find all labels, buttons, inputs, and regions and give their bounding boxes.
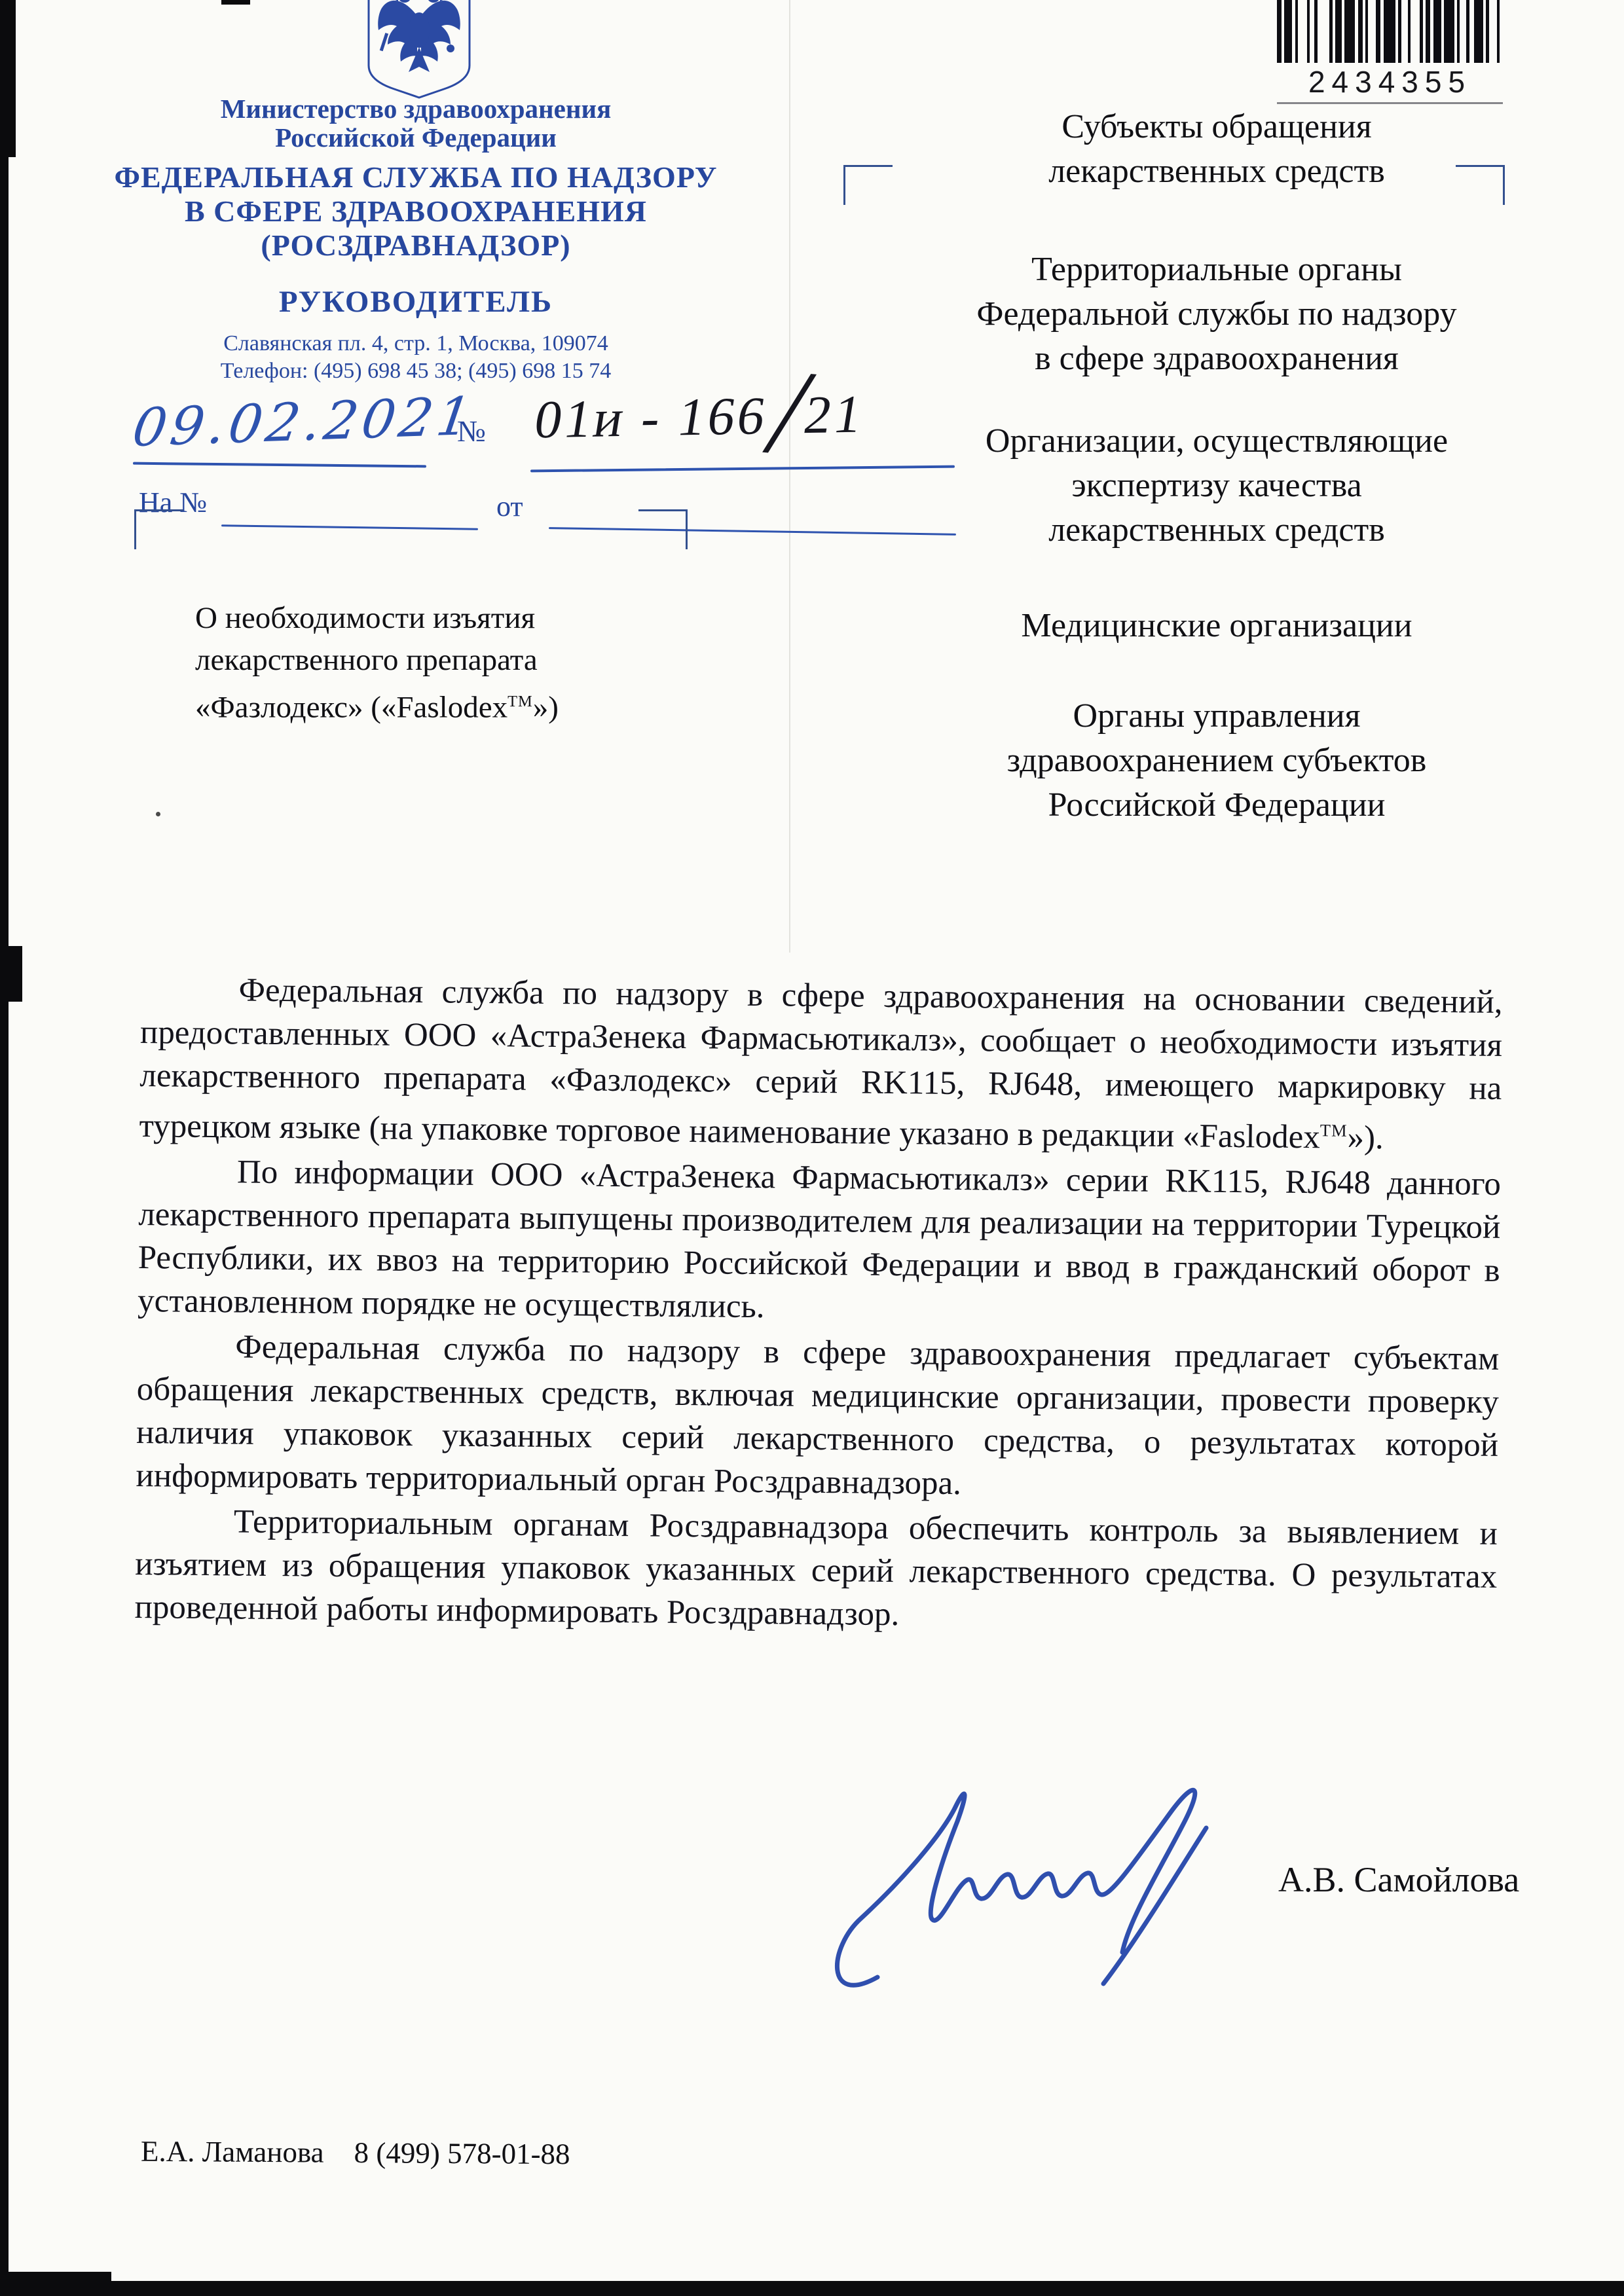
paragraph-1: Федеральная служба по надзору в сфере зд… <box>139 968 1503 1161</box>
number-sign: № <box>457 414 486 448</box>
body-text: Федеральная служба по надзору в сфере зд… <box>134 968 1503 1644</box>
service-name-line2: В СФЕРЕ ЗДРАВООХРАНЕНИЯ <box>108 194 724 228</box>
recipient-line: Субъекты обращения <box>922 105 1511 149</box>
corner-mark-recipient-left <box>843 165 893 205</box>
paragraph-4: Территориальным органам Росздравнадзора … <box>134 1499 1498 1642</box>
position-title: РУКОВОДИТЕЛЬ <box>108 284 724 319</box>
recipient-line: Территориальные органы <box>922 247 1511 292</box>
recipient-group-3: Организации, осуществляющие экспертизу к… <box>922 419 1511 553</box>
recipient-group-2: Территориальные органы Федеральной служб… <box>922 247 1511 381</box>
letterhead-phone: Телефон: (495) 698 45 38; (495) 698 15 7… <box>108 359 724 384</box>
subject-line1: О необходимости изъятия <box>195 597 559 639</box>
recipient-group-1: Субъекты обращения лекарственных средств <box>922 105 1511 194</box>
recipient-group-4: Медицинские организации <box>922 604 1511 648</box>
scan-edge-bottom <box>0 2281 1624 2296</box>
handwritten-number: 01и - 166/21 <box>530 384 869 451</box>
recipient-line: Медицинские организации <box>922 604 1511 648</box>
trademark-superscript: TM <box>1320 1120 1348 1140</box>
reply-from-label: от <box>496 490 523 523</box>
scan-speck-dot <box>156 812 160 816</box>
recipient-line: Российской Федерации <box>922 783 1511 828</box>
corner-mark-stamp-right <box>638 509 688 549</box>
recipient-line: Организации, осуществляющие <box>922 419 1511 464</box>
handwritten-date: 09.02.2021 <box>129 386 479 458</box>
barcode-number: 2434355 <box>1277 64 1503 100</box>
recipient-line: здравоохранением субъектов <box>922 738 1511 783</box>
signer-name: А.В. Самойлова <box>1278 1859 1519 1900</box>
recipient-group-5: Органы управления здравоохранением субъе… <box>922 694 1511 828</box>
recipient-line: лекарственных средств <box>922 508 1511 553</box>
barcode: 2434355 <box>1277 0 1503 104</box>
scan-speck-top <box>221 0 250 5</box>
letterhead-address: Славянская пл. 4, стр. 1, Москва, 109074 <box>108 331 724 356</box>
number-slash: / <box>773 411 809 414</box>
recipient-line: в сфере здравоохранения <box>922 337 1511 381</box>
recipient-line: Федеральной службы по надзору <box>922 292 1511 337</box>
scan-edge-left-bulge <box>0 946 22 1002</box>
subject-line2: лекарственного препарата <box>195 639 559 681</box>
barcode-bars <box>1277 0 1503 63</box>
recipient-line: Органы управления <box>922 694 1511 738</box>
paragraph-2: По информации ООО «АстраЗенека Фармасьют… <box>138 1150 1501 1336</box>
scan-edge-bottom-left <box>0 2272 111 2296</box>
trademark-superscript: TM <box>507 693 533 710</box>
scanned-letter-page: Министерство здравоохранения Российской … <box>0 0 1624 2296</box>
ministry-line2: Российской Федерации <box>108 122 724 153</box>
service-name-line3: (РОСЗДРАВНАДЗОР) <box>108 228 724 263</box>
recipient-line: экспертизу качества <box>922 464 1511 508</box>
executor-name: Е.А. Ламанова <box>141 2135 324 2169</box>
scan-edge-left <box>0 0 9 2296</box>
paragraph-1-close: »). <box>1347 1120 1384 1157</box>
reply-date-underline <box>549 527 956 536</box>
paragraph-3: Федеральная служба по надзору в сфере зд… <box>136 1324 1499 1510</box>
executor-line: Е.А. Ламанова8 (499) 578-01-88 <box>141 2134 570 2172</box>
executor-phone: 8 (499) 578-01-88 <box>354 2136 570 2170</box>
barcode-underline <box>1277 102 1503 104</box>
subject-line3-close: ») <box>533 691 559 725</box>
paragraph-1-text: Федеральная служба по надзору в сфере зд… <box>139 972 1502 1156</box>
handwritten-signature <box>805 1768 1277 2003</box>
scan-edge-left-top <box>0 0 16 157</box>
subject-line3-text: «Фазлодекс» («Faslodex <box>195 691 507 725</box>
subject-block: О необходимости изъятия лекарственного п… <box>195 597 559 729</box>
ministry-line1: Министерство здравоохранения <box>108 93 724 124</box>
date-underline <box>133 462 426 468</box>
number-underline <box>530 465 955 473</box>
subject-line3: «Фазлодекс» («FaslodexTM») <box>195 681 559 729</box>
corner-mark-stamp-left <box>134 509 183 549</box>
number-main: 01и - 166 <box>530 386 772 449</box>
service-name-line1: ФЕДЕРАЛЬНАЯ СЛУЖБА ПО НАДЗОРУ <box>108 160 724 194</box>
recipient-line: лекарственных средств <box>922 149 1511 194</box>
reply-number-underline <box>221 524 478 530</box>
